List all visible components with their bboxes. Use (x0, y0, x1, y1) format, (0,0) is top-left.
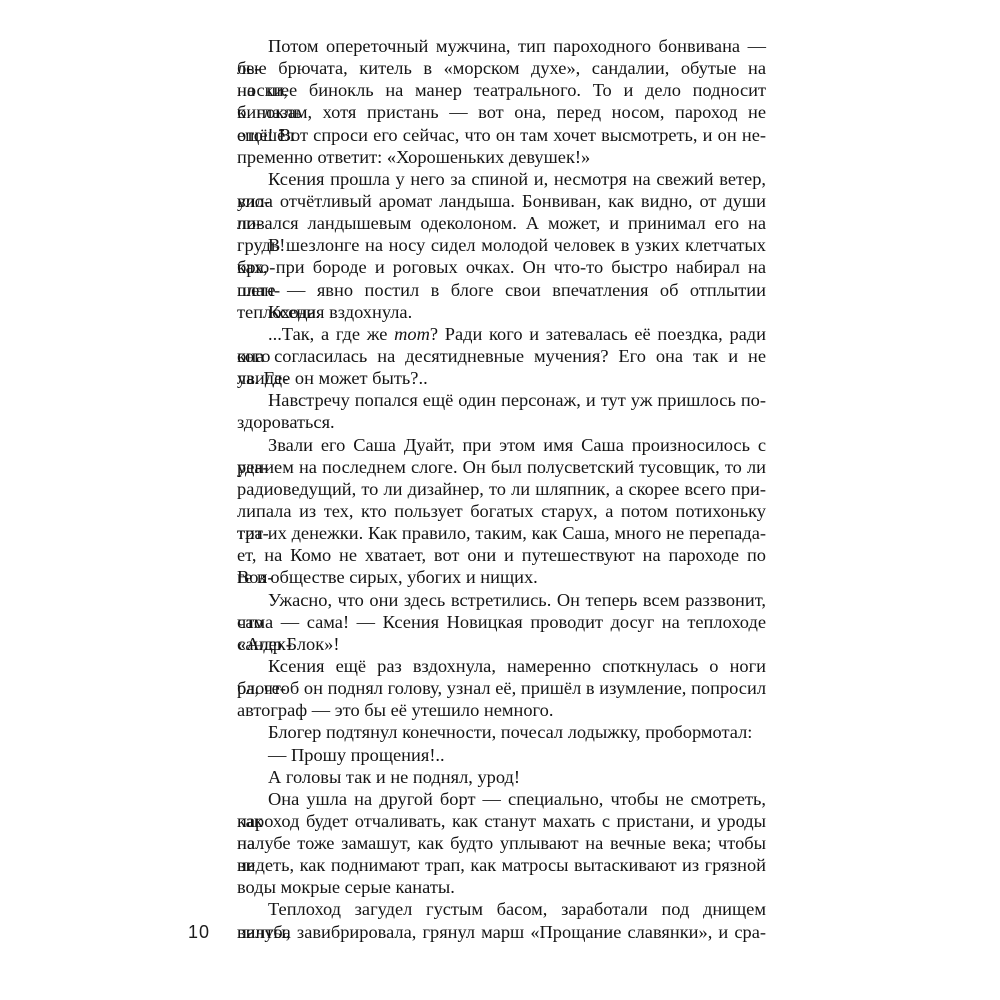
text-line: шете — явно постил в блоге свои впечатле… (237, 279, 766, 301)
text-line: автограф — это бы её утешило немного. (237, 699, 766, 721)
text-line: сама — сама! — Ксения Новицкая проводит … (237, 611, 766, 633)
text-line: Ксения ещё раз вздохнула, намеренно спот… (237, 655, 766, 677)
text-line: липала из тех, кто пользует богатых стар… (237, 500, 766, 522)
text-line: ге в обществе сирых, убогих и нищих. (237, 566, 766, 588)
text-line: ещё! Вот спроси его сейчас, что он там х… (237, 124, 766, 146)
paragraph: — Прошу прощения!.. (237, 744, 766, 766)
text-line: видеть, как поднимают трап, как матросы … (237, 854, 766, 876)
paragraph: Ксения ещё раз вздохнула, намеренно спот… (237, 655, 766, 721)
text-line: пременно ответит: «Хорошеньких девушек!» (237, 146, 766, 168)
text-line: ет, на Комо не хватает, вот они и путеше… (237, 544, 766, 566)
page-text: Потом опереточный мужчина, тип пароходно… (237, 35, 766, 943)
text-line: — Прошу прощения!.. (237, 744, 766, 766)
text-line: тит их денежки. Как правило, таким, как … (237, 522, 766, 544)
paragraph: А головы так и не поднял, урод! (237, 766, 766, 788)
text-line: Ужасно, что они здесь встретились. Он те… (237, 589, 766, 611)
paragraph: Навстречу попался ещё один персонаж, и т… (237, 389, 766, 433)
text-line: она согласилась на десятидневные мучения… (237, 345, 766, 367)
text-line: ла. Где он может быть?.. (237, 367, 766, 389)
text-line: вила отчётливый аромат ландыша. Бонвиван… (237, 190, 766, 212)
paragraph: Теплоход загудел густым басом, заработал… (237, 898, 766, 942)
text-line: ливался ландышевым одеколоном. А может, … (237, 212, 766, 234)
paragraph: Ужасно, что они здесь встретились. Он те… (237, 589, 766, 655)
text-line: палуба завибрировала, грянул марш «Проща… (237, 921, 766, 943)
text-line: Теплоход загудел густым басом, заработал… (237, 898, 766, 920)
text-line: лые брючата, китель в «морском духе», са… (237, 57, 766, 79)
paragraph: Звали его Саша Дуайт, при этом имя Саша … (237, 434, 766, 589)
text-line: А головы так и не поднял, урод! (237, 766, 766, 788)
text-line: здороваться. (237, 411, 766, 433)
text-line: Потом опереточный мужчина, тип пароходно… (237, 35, 766, 57)
text-line: Ксения прошла у него за спиной и, несмот… (237, 168, 766, 190)
text-line: Ксения вздохнула. (237, 301, 766, 323)
text-line: ра, чтоб он поднял голову, узнал её, при… (237, 677, 766, 699)
text-line: палубе тоже замашут, как будто уплывают … (237, 832, 766, 854)
text-line: Звали его Саша Дуайт, при этом имя Саша … (237, 434, 766, 456)
text-line: рением на последнем слоге. Он был полусв… (237, 456, 766, 478)
text-line: пароход будет отчаливать, как станут мах… (237, 810, 766, 832)
book-page: Потом опереточный мужчина, тип пароходно… (0, 0, 1000, 1000)
text-line: сандр Блок»! (237, 633, 766, 655)
text-line: воды мокрые серые канаты. (237, 876, 766, 898)
text-line: к глазам, хотя пристань — вот она, перед… (237, 101, 766, 123)
paragraph: Ксения вздохнула. (237, 301, 766, 323)
paragraph: ...Так, а где же тот? Ради кого и затева… (237, 323, 766, 389)
text-line: радиоведущий, то ли дизайнер, то ли шляп… (237, 478, 766, 500)
text-line: Блогер подтянул конечности, почесал лоды… (237, 721, 766, 743)
text-line: на шее бинокль на манер театрального. То… (237, 79, 766, 101)
paragraph: Она ушла на другой борт — специально, чт… (237, 788, 766, 899)
text-line: В шезлонге на носу сидел молодой человек… (237, 234, 766, 256)
text-line: Навстречу попался ещё один персонаж, и т… (237, 389, 766, 411)
page-number: 10 (188, 921, 210, 943)
text-line: ках, при бороде и роговых очках. Он что-… (237, 256, 766, 278)
paragraph: Ксения прошла у него за спиной и, несмот… (237, 168, 766, 234)
text-line: Она ушла на другой борт — специально, чт… (237, 788, 766, 810)
text-line: ...Так, а где же тот? Ради кого и затева… (237, 323, 766, 345)
paragraph: Потом опереточный мужчина, тип пароходно… (237, 35, 766, 168)
paragraph: В шезлонге на носу сидел молодой человек… (237, 234, 766, 300)
paragraph: Блогер подтянул конечности, почесал лоды… (237, 721, 766, 743)
